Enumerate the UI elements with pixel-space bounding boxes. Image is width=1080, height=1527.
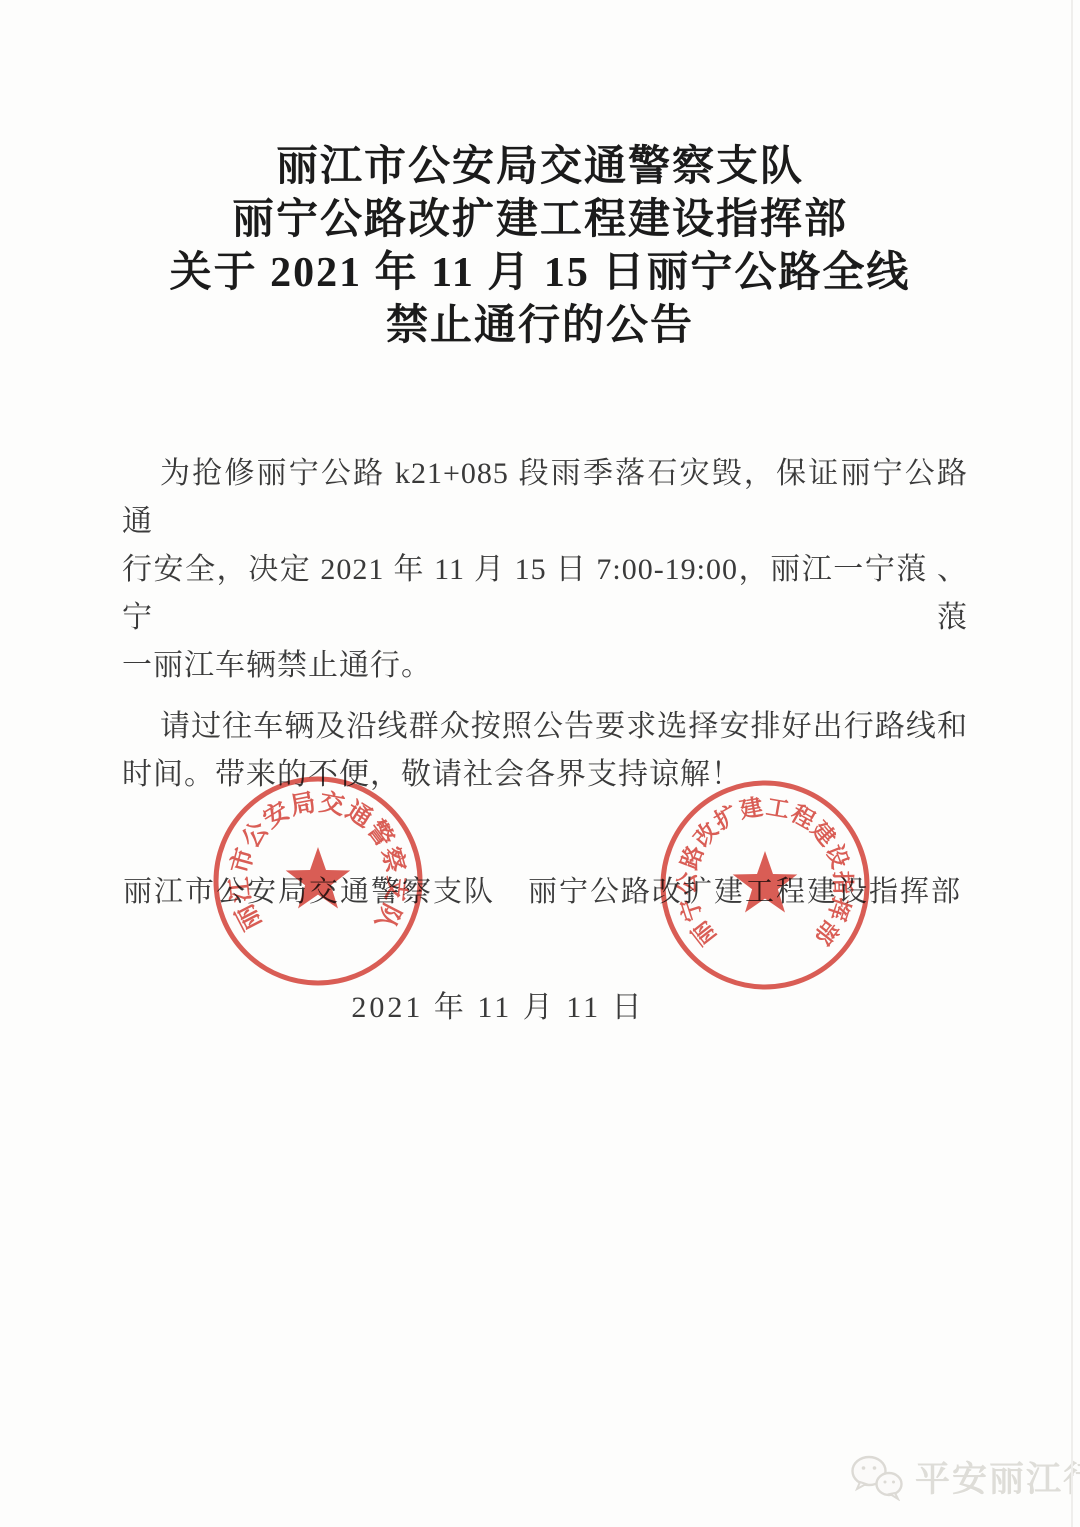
official-seal-right: 丽宁公路改扩建工程建设指挥部 [655, 775, 875, 995]
title-line-4: 禁止通行的公告 [0, 300, 1080, 353]
star-icon [733, 851, 798, 913]
title-line-1: 丽江市公安局交通警察支队 [0, 141, 1080, 194]
notice-body: 为抢修丽宁公路 k21+085 段雨季落石灾毁，保证丽宁公路通 行安全，决定 2… [122, 450, 968, 799]
notice-page: 丽江市公安局交通警察支队 丽宁公路改扩建工程建设指挥部 关于 2021 年 11… [0, 0, 1080, 1527]
scan-edge-line [1071, 0, 1073, 1527]
star-icon [286, 847, 351, 909]
body-line: 一丽江车辆禁止通行。 [122, 642, 968, 690]
watermark-text: 平安丽江行 [915, 1452, 1080, 1502]
official-seal-left: 丽江市公安局交通警察支队 [208, 771, 428, 991]
body-line: 行安全，决定 2021 年 11 月 15 日 7:00-19:00，丽江一宁蒗… [122, 546, 968, 642]
notice-date: 2021 年 11 月 11 日 [0, 982, 1038, 1026]
watermark: 平安丽江行 [848, 1452, 1080, 1502]
title-line-3: 关于 2021 年 11 月 15 日丽宁公路全线 [0, 247, 1080, 300]
wechat-icon [848, 1453, 906, 1501]
notice-title: 丽江市公安局交通警察支队 丽宁公路改扩建工程建设指挥部 关于 2021 年 11… [0, 141, 1080, 353]
signature-row: 丽江市公安局交通警察支队 丽宁公路改扩建工程建设指挥部 [0, 869, 1080, 910]
paragraph-1: 为抢修丽宁公路 k21+085 段雨季落石灾毁，保证丽宁公路通 行安全，决定 2… [122, 450, 968, 690]
title-line-2: 丽宁公路改扩建工程建设指挥部 [0, 194, 1080, 247]
body-line: 为抢修丽宁公路 k21+085 段雨季落石灾毁，保证丽宁公路通 [122, 450, 968, 546]
body-line: 请过往车辆及沿线群众按照公告要求选择安排好出行路线和 [122, 703, 968, 751]
